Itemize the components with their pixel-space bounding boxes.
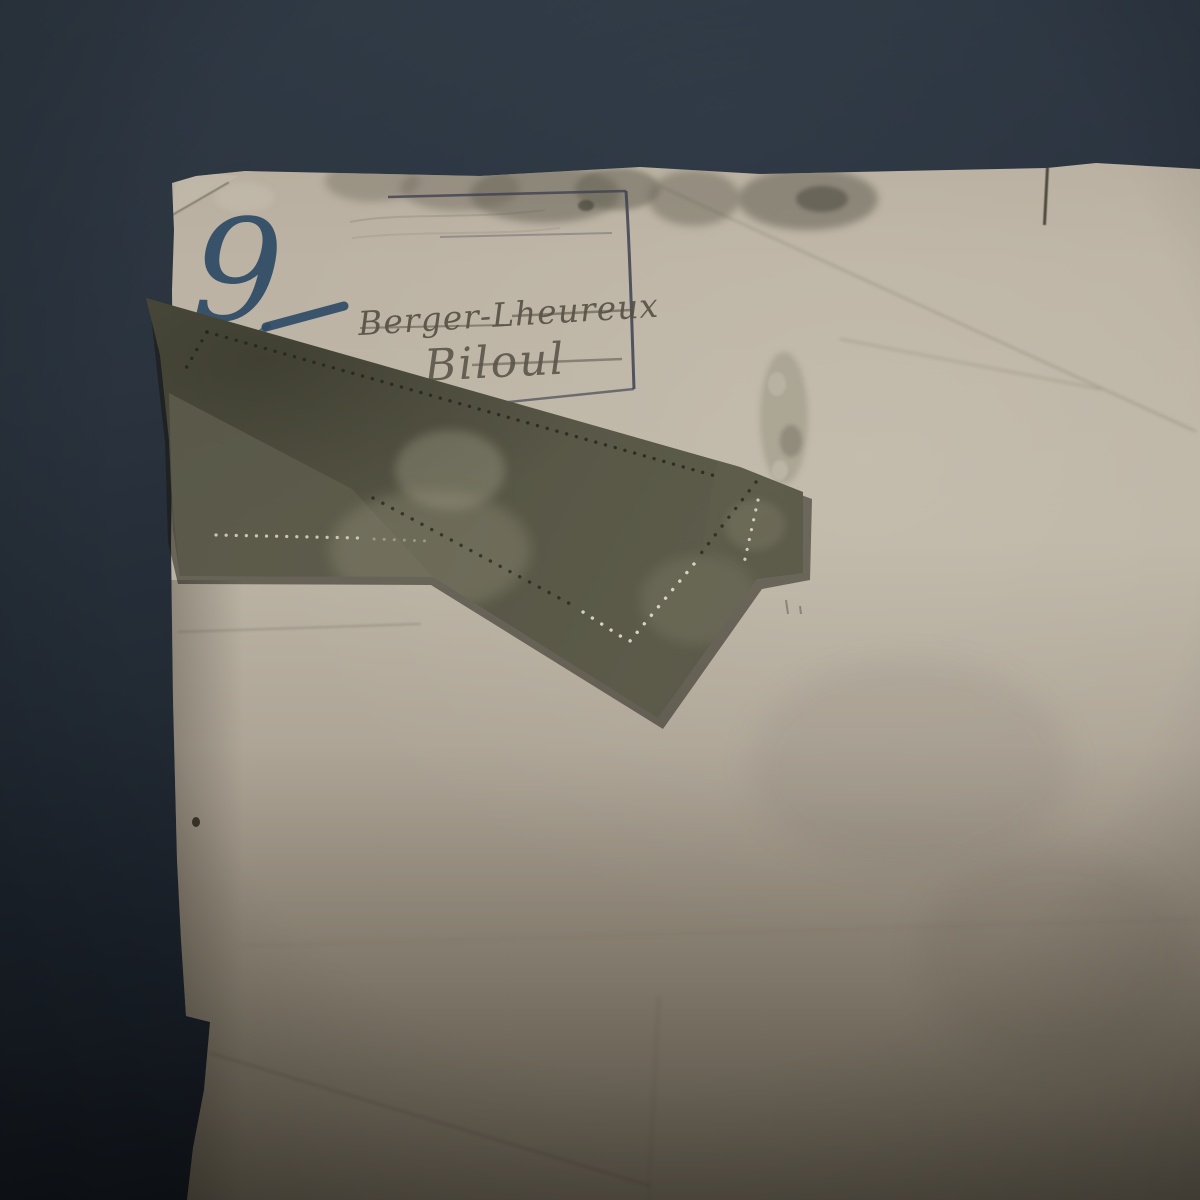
hemstitch-dots-under-layer-faint: [374, 539, 428, 541]
hemstitch-dots-flap: [743, 500, 758, 568]
hemstitch-dots-corner-right-light: [630, 564, 694, 641]
hemstitch-dots-under-layer: [216, 535, 360, 538]
hemstitch-dots-corner-right-dark: [699, 482, 756, 556]
napkin-hem-layer: [0, 0, 1200, 1200]
hemstitch-dots-top: [207, 332, 719, 477]
hemstitch-dots-corner-left-light: [583, 612, 625, 639]
photo-scene: Berger-Lheureux Biloul 9: [0, 0, 1200, 1200]
hemstitch-dots-tip: [185, 332, 207, 370]
hemstitch-dots-corner-left-dark: [373, 498, 576, 607]
